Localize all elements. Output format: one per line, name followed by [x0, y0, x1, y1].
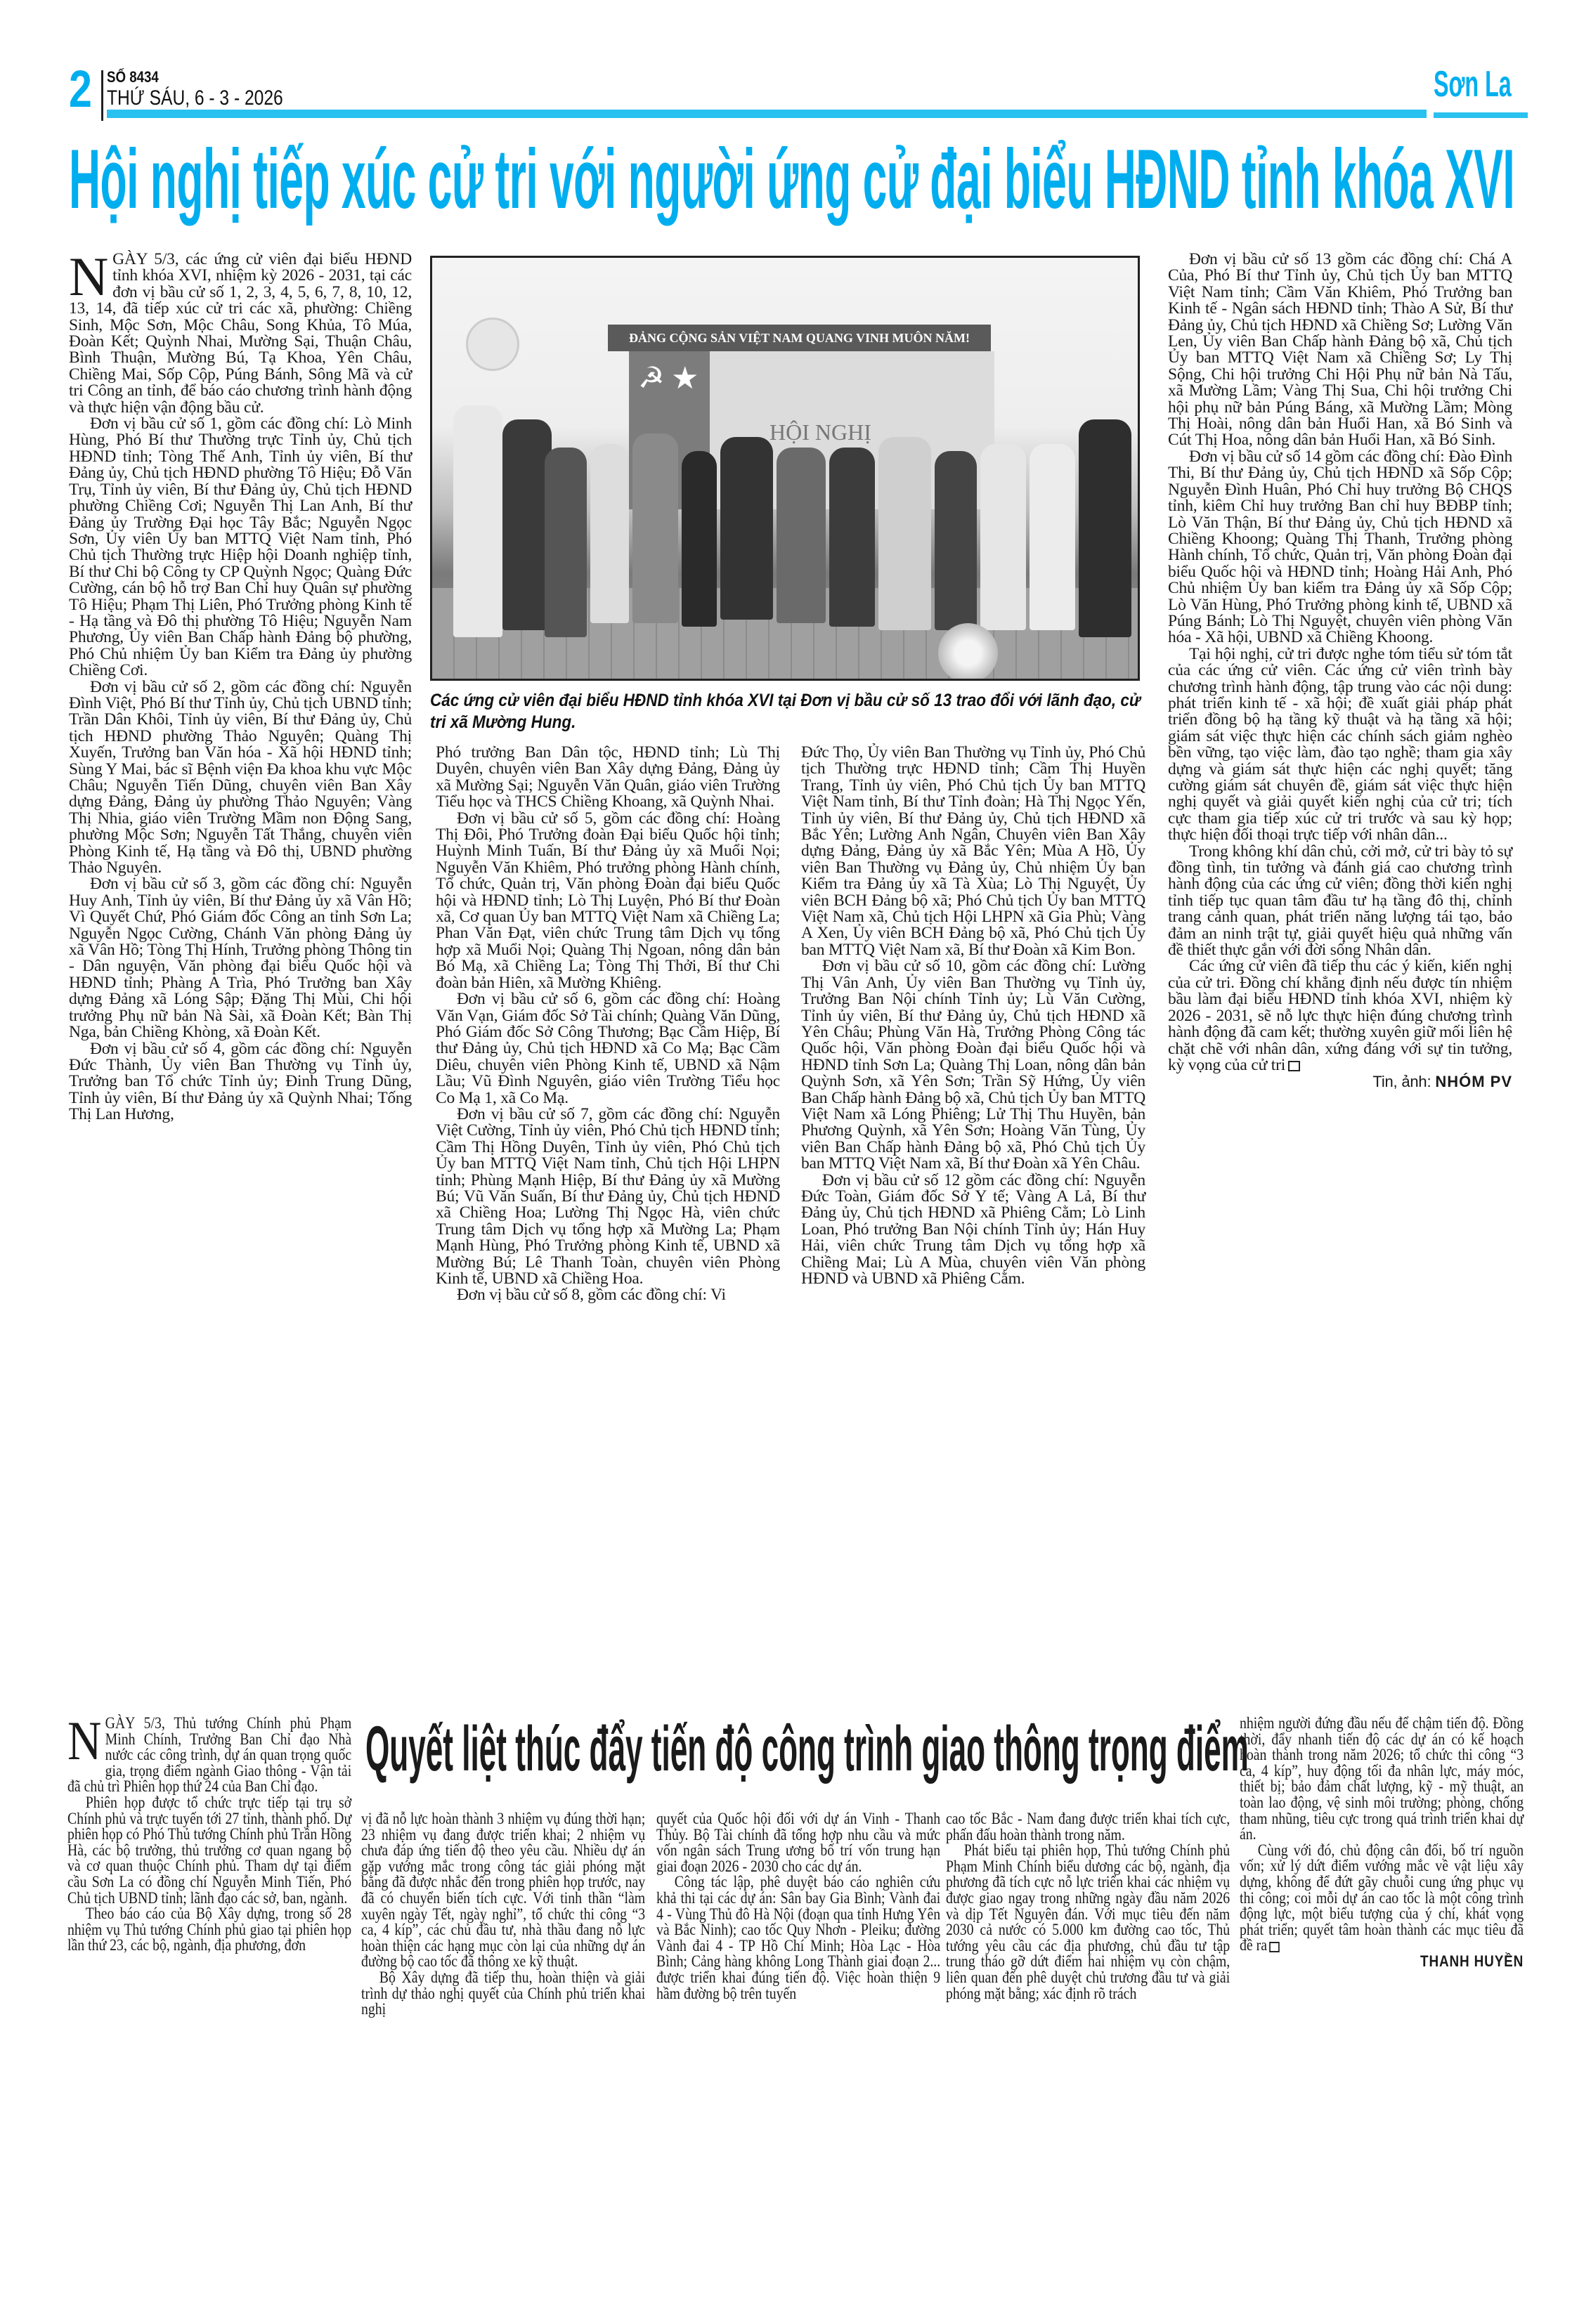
article2-column-3: quyết của Quốc hội đối với dự án Vinh - … [656, 1811, 940, 2002]
header-divider [101, 70, 103, 121]
paragraph: Phó trưởng Ban Dân tộc, HĐND tỉnh; Lù Th… [436, 745, 780, 811]
paragraph: Đức Thọ, Ủy viên Ban Thường vụ Tỉnh ủy, … [801, 745, 1145, 958]
article2-headline: Quyết liệt thúc đẩy tiến độ công trình g… [365, 1714, 1249, 1784]
article2-column-2: vị đã nỗ lực hoàn thành 3 nhiệm vụ đúng … [361, 1811, 645, 2018]
article2-byline: THANH HUYỀN [1240, 1954, 1524, 1970]
article2-column-5: nhiệm người đứng đầu nếu để chậm tiến độ… [1240, 1716, 1524, 1970]
article1-photo: ☭ ★ HỘI NGHỊ ĐẢNG CỘNG SẢN VIỆT NAM QUAN… [430, 256, 1140, 681]
paragraph: Bộ Xây dựng đã tiếp thu, hoàn thiện và g… [361, 1970, 645, 2018]
paragraph: Công tác lập, phê duyệt báo cáo nghiên c… [656, 1874, 940, 2002]
star-icon: ★ [671, 363, 699, 394]
person [1030, 444, 1075, 630]
paragraph: nhiệm người đứng đầu nếu để chậm tiến độ… [1240, 1716, 1524, 1843]
section-name: Sơn La [1434, 65, 1512, 104]
end-mark-icon [1269, 1942, 1280, 1952]
paragraph: Đơn vị bầu cử số 12 gồm các đồng chí: Ng… [801, 1173, 1145, 1288]
paragraph: Các ứng cử viên đã tiếp thu các ý kiến, … [1168, 958, 1512, 1073]
slogan-banner: ĐẢNG CỘNG SẢN VIỆT NAM QUANG VINH MUÔN N… [608, 325, 991, 351]
paragraph: Đơn vị bầu cử số 1, gồm các đồng chí: Lò… [69, 416, 412, 679]
paragraph: Phát biểu tại phiên họp, Thủ tướng Chính… [946, 1843, 1230, 2002]
article1-column-1: NGÀY 5/3, các ứng cử viên đại biểu HĐND … [69, 252, 412, 1123]
hammer-sickle-icon: ☭ [638, 363, 665, 394]
article2-column-4: cao tốc Bắc - Nam đang được triển khai t… [946, 1811, 1230, 2002]
article1-column-2: Phó trưởng Ban Dân tộc, HĐND tỉnh; Lù Th… [436, 745, 780, 1304]
paragraph: Đơn vị bầu cử số 6, gồm các đồng chí: Ho… [436, 991, 780, 1106]
person [829, 448, 875, 627]
header-rule [107, 110, 1427, 118]
issue-date: THỨ SÁU, 6 - 3 - 2026 [107, 87, 283, 110]
paragraph: Phiên họp được tổ chức trực tiếp tại trụ… [67, 1795, 351, 1906]
wall-fan [466, 318, 519, 371]
paragraph: Đơn vị bầu cử số 7, gồm các đồng chí: Ng… [436, 1106, 780, 1287]
paragraph: Đơn vị bầu cử số 13 gồm các đồng chí: Ch… [1168, 252, 1512, 449]
paragraph: vị đã nỗ lực hoàn thành 3 nhiệm vụ đúng … [361, 1811, 645, 1970]
page-number: 2 [69, 65, 92, 114]
lead-paragraph: GÀY 5/3, các ứng cử viên đại biểu HĐND t… [69, 250, 412, 417]
paragraph: Tại hội nghị, cử tri được nghe tóm tiểu … [1168, 646, 1512, 844]
paragraph: Trong không khí dân chủ, cởi mở, cử tri … [1168, 844, 1512, 959]
article1-column-4: Đơn vị bầu cử số 13 gồm các đồng chí: Ch… [1168, 252, 1512, 1090]
article1-headline: Hội nghị tiếp xúc cử tri với người ứng c… [69, 133, 1514, 225]
paragraph: quyết của Quốc hội đối với dự án Vinh - … [656, 1811, 940, 1874]
photo-caption: Các ứng cử viên đại biểu HĐND tỉnh khóa … [430, 690, 1142, 733]
paragraph: Đơn vị bầu cử số 10, gồm các đồng chí: L… [801, 958, 1145, 1172]
article1-byline: Tin, ảnh: NHÓM PV [1168, 1073, 1512, 1090]
author-name: THANH HUYỀN [1420, 1952, 1524, 1970]
person [777, 448, 826, 623]
person [453, 405, 502, 637]
backdrop-text: HỘI NGHỊ [769, 419, 871, 445]
paragraph: Đơn vị bầu cử số 2, gồm các đồng chí: Ng… [69, 679, 412, 877]
paragraph: Cùng với đó, chủ động cân đối, bố trí ng… [1240, 1843, 1524, 1954]
paragraph: Đơn vị bầu cử số 8, gồm các đồng chí: Vi [436, 1287, 780, 1303]
person [935, 451, 977, 630]
person [1079, 419, 1131, 637]
issue-number: SỐ 8434 [107, 69, 159, 86]
person [632, 433, 678, 623]
section-rule [1434, 112, 1528, 118]
flower-bouquet [938, 623, 998, 681]
paragraph: Đơn vị bầu cử số 5, gồm các đồng chí: Ho… [436, 811, 780, 991]
person [682, 451, 717, 627]
paragraph: cao tốc Bắc - Nam đang được triển khai t… [946, 1811, 1230, 1843]
person [545, 448, 587, 637]
lead-paragraph: GÀY 5/3, Thủ tướng Chính phủ Phạm Minh C… [67, 1714, 351, 1795]
paragraph: Theo báo cáo của Bộ Xây dựng, trong số 2… [67, 1906, 351, 1954]
paragraph: Đơn vị bầu cử số 4, gồm các đồng chí: Ng… [69, 1041, 412, 1123]
article2-column-1: NGÀY 5/3, Thủ tướng Chính phủ Phạm Minh … [67, 1716, 351, 1954]
person [878, 437, 931, 630]
person [590, 444, 629, 623]
drop-cap: N [69, 254, 108, 299]
drop-cap: N [67, 1718, 101, 1763]
person [720, 437, 773, 620]
person [980, 444, 1026, 630]
end-mark-icon [1288, 1061, 1300, 1071]
paragraph: Đơn vị bầu cử số 3, gồm các đồng chí: Ng… [69, 876, 412, 1040]
article1-column-3: Đức Thọ, Ủy viên Ban Thường vụ Tỉnh ủy, … [801, 745, 1145, 1287]
paragraph: Đơn vị bầu cử số 14 gồm các đồng chí: Đà… [1168, 449, 1512, 646]
author-name: NHÓM PV [1435, 1073, 1512, 1090]
